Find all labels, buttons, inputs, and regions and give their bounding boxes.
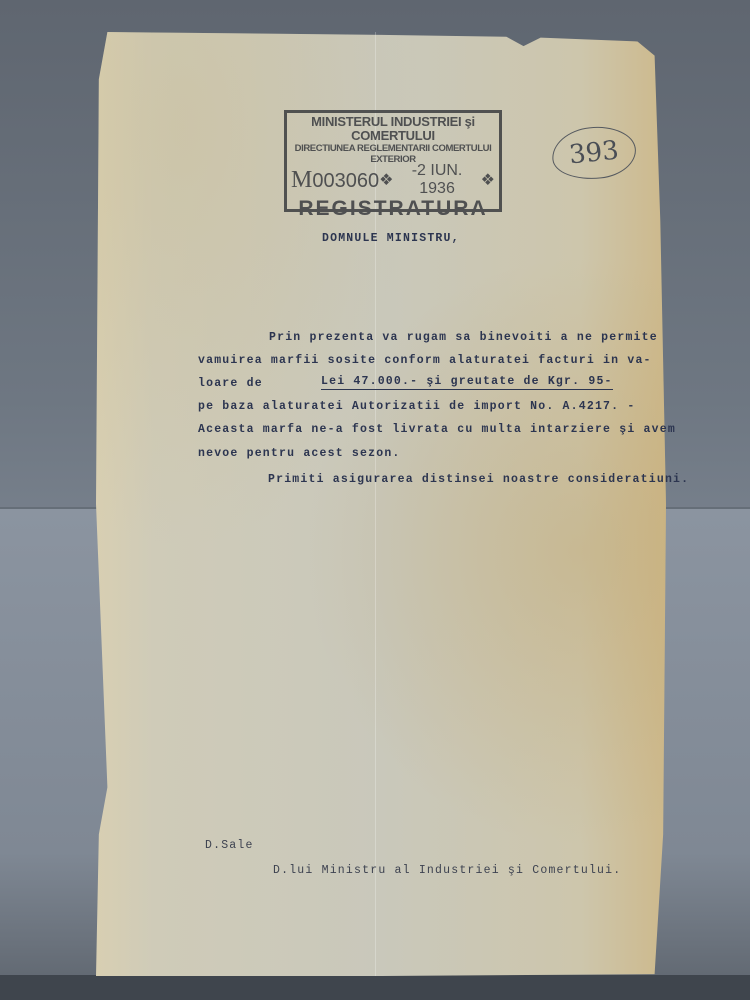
closing-line: Primiti asigurarea distinsei noastre con… <box>268 473 689 486</box>
background-shadow <box>0 975 750 1000</box>
stamp-ministry: MINISTERUL INDUSTRIEI şi COMERTULUI <box>287 115 499 143</box>
salutation: DOMNULE MINISTRU, <box>322 232 460 245</box>
body-line-6: nevoe pentru acest sezon. <box>198 447 401 460</box>
registry-stamp: MINISTERUL INDUSTRIEI şi COMERTULUI DIRE… <box>284 110 502 212</box>
invoice-value-underlined: Lei 47.000.- şi greutate de Kgr. 95- <box>321 375 613 388</box>
stamp-registration-number: M003060 <box>291 167 379 194</box>
body-line-4: pe baza alaturatei Autorizatii de import… <box>198 400 635 413</box>
body-line-3: loare de <box>198 377 263 390</box>
footer-addressee: D.lui Ministru al Industriei şi Comertul… <box>273 864 621 877</box>
footer-d-sale: D.Sale <box>205 839 254 852</box>
stamp-ornament-icon: ❖ <box>379 170 393 190</box>
stamp-registration-row: M003060 ❖ -2 IUN. 1936 ❖ <box>287 169 499 191</box>
stamp-registratura: REGISTRATURA <box>287 197 499 221</box>
body-line-2: vamuirea marfii sosite conform alaturate… <box>198 354 652 367</box>
body-line-5: Aceasta marfa ne-a fost livrata cu multa… <box>198 423 676 436</box>
body-line-1: Prin prezenta va rugam sa binevoiti a ne… <box>269 331 658 344</box>
stamp-date: -2 IUN. 1936 <box>393 162 480 198</box>
stamp-ornament-icon: ❖ <box>481 170 495 190</box>
